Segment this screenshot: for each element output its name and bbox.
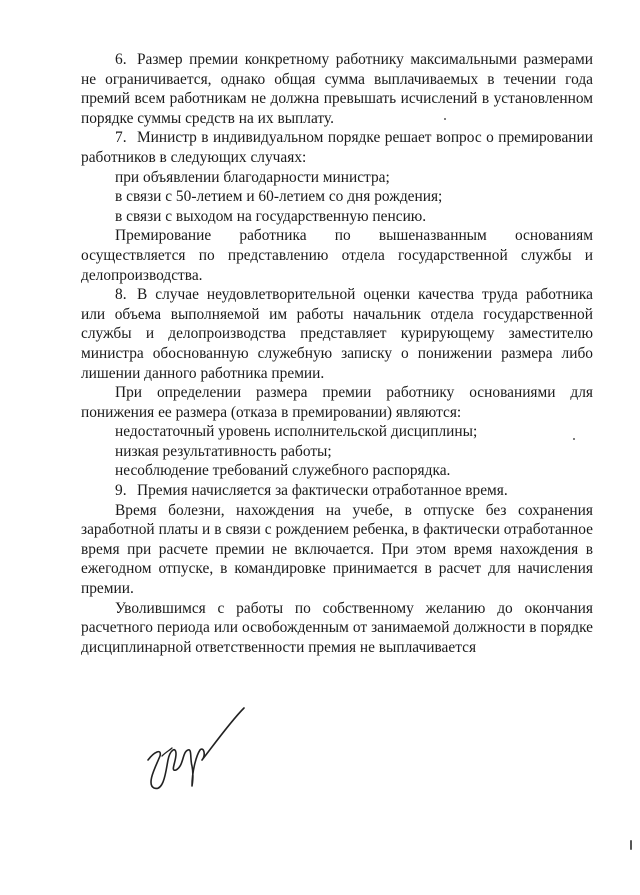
list-item: недостаточный уровень исполнительской ди… [81, 422, 593, 442]
signature-icon [140, 700, 250, 800]
list-item: в связи с выходом на государственную пен… [81, 207, 593, 227]
paragraph-8: 8.В случае неудовлетворительной оценки к… [81, 285, 593, 383]
scan-speck [444, 118, 446, 120]
list-item: низкая результативность работы; [81, 442, 593, 462]
paragraph-6: 6.Размер премии конкретному работнику ма… [81, 50, 593, 128]
scan-speck [573, 438, 575, 440]
document-body: 6.Размер премии конкретному работнику ма… [81, 50, 593, 657]
paragraph: Премирование работника по вышеназванным … [81, 226, 593, 285]
paragraph-9: 9.Премия начисляется за фактически отраб… [81, 481, 593, 501]
paragraph-7: 7.Министр в индивидуальном порядке решае… [81, 128, 593, 167]
paragraph: Уволившимся с работы по собственному жел… [81, 599, 593, 658]
list-item: в связи с 50-летием и 60-летием со дня р… [81, 187, 593, 207]
paragraph: При определении размера премии работнику… [81, 383, 593, 422]
scan-speck [630, 840, 632, 850]
list-item: при объявлении благодарности министра; [81, 168, 593, 188]
paragraph: Время болезни, нахождения на учебе, в от… [81, 501, 593, 599]
list-item: несоблюдение требований служебного распо… [81, 461, 593, 481]
scan-speck [560, 633, 562, 635]
